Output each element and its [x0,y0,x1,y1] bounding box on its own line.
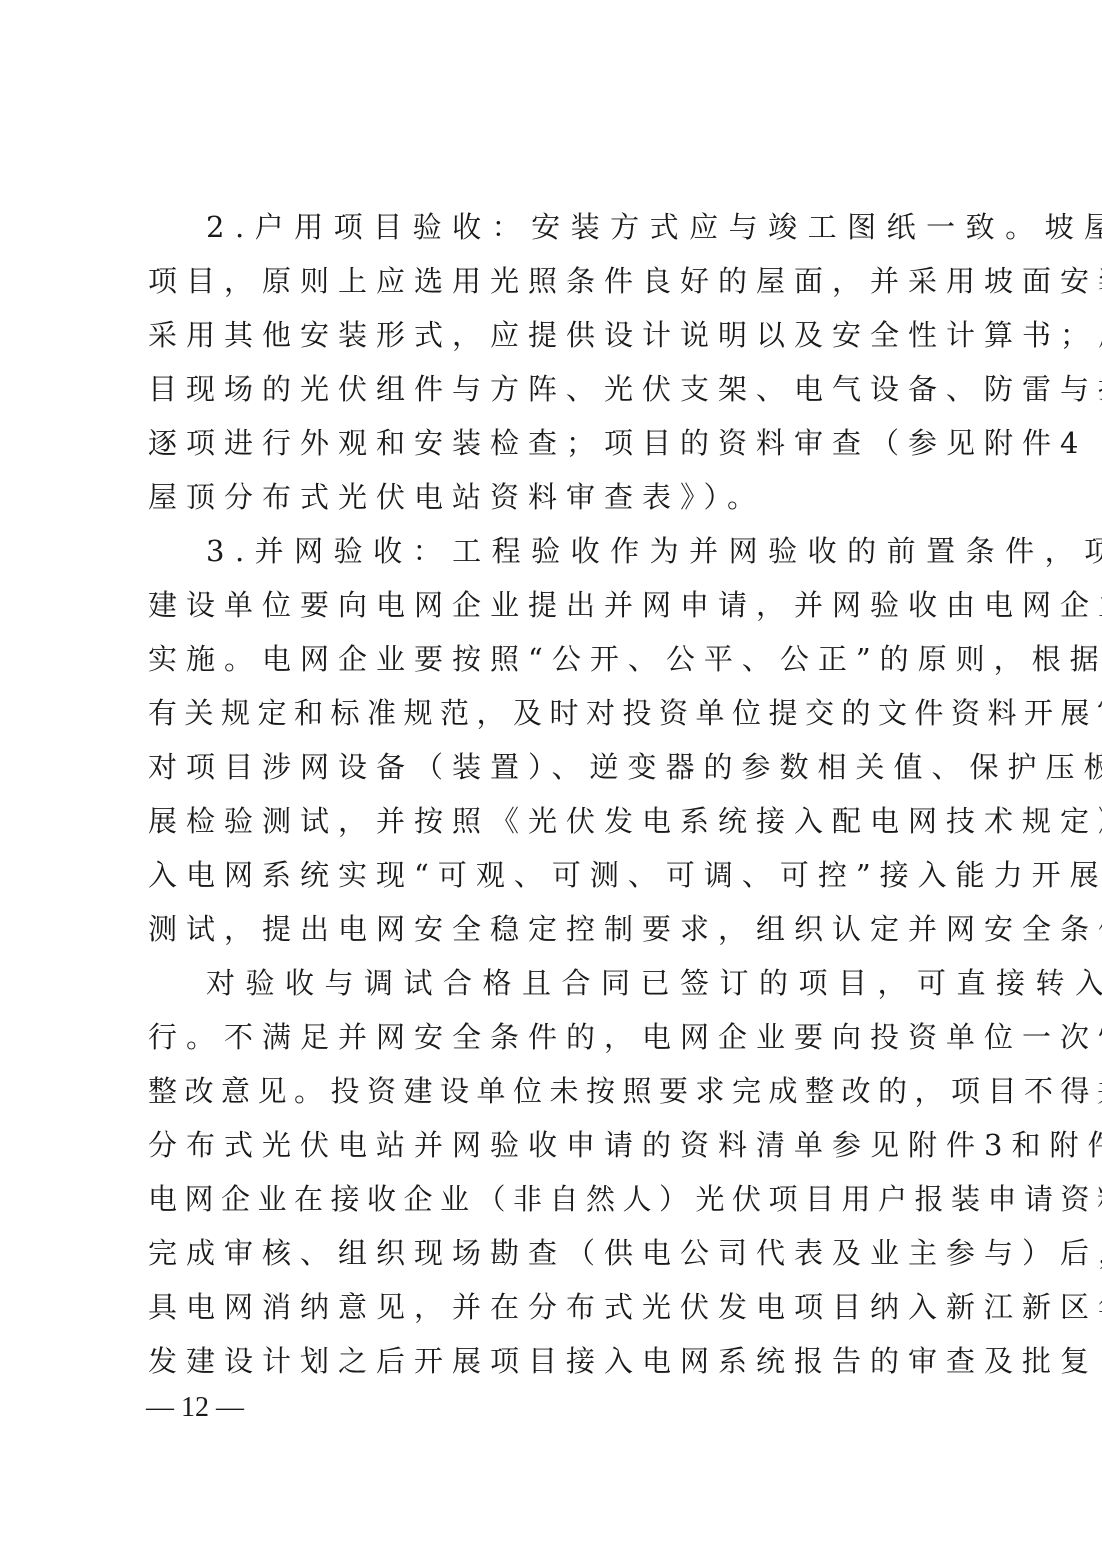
paragraph-4-line-3: 整改意见。投资建设单位未按照要求完成整改的，项目不得并网。 [148,1064,978,1118]
paragraph-4-line-5: 电网企业在接收企业（非自然人）光伏项目用户报装申请资料， [148,1172,978,1226]
paragraph-3-line-5: 对项目涉网设备（装置）、逆变器的参数相关值、保护压板等开 [148,740,978,794]
paragraph-3-line-3: 实施。电网企业要按照“公开、公平、公正”的原则，根据国家 [148,632,978,686]
paragraph-4-line-1: 对验收与调试合格且合同已签订的项目，可直接转入并网运 [206,956,1036,1010]
paragraph-2-line-2: 项目，原则上应选用光照条件良好的屋面，并采用坡面安装。如 [148,254,978,308]
paragraph-3-line-7: 入电网系统实现“可观、可测、可调、可控”接入能力开展检验 [148,848,978,902]
paragraph-4-line-2: 行。不满足并网安全条件的，电网企业要向投资单位一次性提出 [148,1010,978,1064]
paragraph-2-line-4: 目现场的光伏组件与方阵、光伏支架、电气设备、防雷与接地等 [148,362,978,416]
paragraph-2-line-5: 逐项进行外观和安装检查；项目的资料审查（参见附件4《户用 [148,416,978,470]
paragraph-4-line-6: 完成审核、组织现场勘查（供电公司代表及业主参与）后，应出 [148,1226,978,1280]
paragraph-2-line-3: 采用其他安装形式，应提供设计说明以及安全性计算书；应对项 [148,308,978,362]
paragraph-3-line-1: 3.并网验收：工程验收作为并网验收的前置条件，项目投资 [206,524,1036,578]
paragraph-4-line-4: 分布式光伏电站并网验收申请的资料清单参见附件3和附件5。 [148,1118,978,1172]
document-page: 2.户用项目验收：安装方式应与竣工图纸一致。坡屋顶应用 项目，原则上应选用光照条… [0,0,1102,1559]
paragraph-3-line-6: 展检验测试，并按照《光伏发电系统接入配电网技术规定》对接 [148,794,978,848]
paragraph-4-line-7: 具电网消纳意见，并在分布式光伏发电项目纳入新江新区年度开 [148,1280,978,1334]
paragraph-3-line-4: 有关规定和标准规范，及时对投资单位提交的文件资料开展审查， [148,686,978,740]
paragraph-3-line-8: 测试，提出电网安全稳定控制要求，组织认定并网安全条件。 [148,902,978,956]
paragraph-3-line-2: 建设单位要向电网企业提出并网申请，并网验收由电网企业主导 [148,578,978,632]
page-number: — 12 — [146,1388,244,1428]
paragraph-2-line-1: 2.户用项目验收：安装方式应与竣工图纸一致。坡屋顶应用 [206,200,1036,254]
paragraph-2-line-6: 屋顶分布式光伏电站资料审查表》）。 [148,470,978,524]
paragraph-4-line-8: 发建设计划之后开展项目接入电网系统报告的审查及批复（或意 [148,1334,978,1388]
